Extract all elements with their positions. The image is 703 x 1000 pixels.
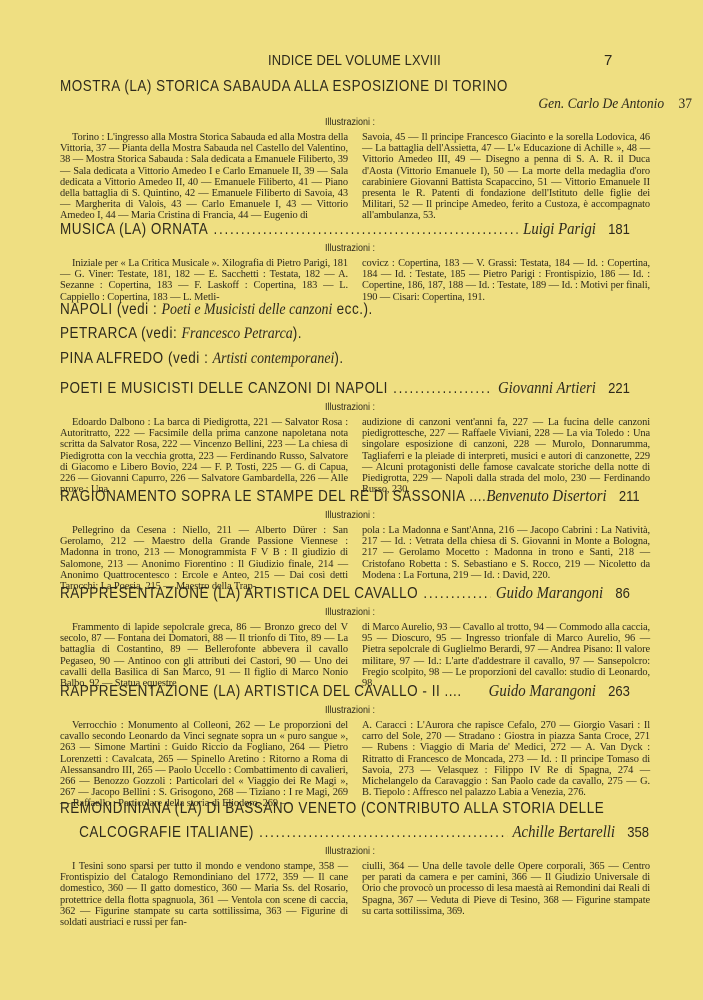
entry-title: MUSICA (LA) ORNATA [60,221,208,239]
entry-author: Guido Marangoni [496,583,603,603]
entry-heading: RAPPRESENTAZIONE (LA) ARTISTICA DEL CAVA… [60,583,630,603]
see-suffix: ). [334,350,343,367]
entry-heading: MUSICA (LA) ORNATA Luigi Parigi 181 [60,219,630,239]
entry-heading-line2: CALCOGRAFIE ITALIANE) Achille Bertarelli… [60,822,649,842]
index-entry-musica: MUSICA (LA) ORNATA Luigi Parigi 181 Illu… [60,219,630,303]
illustrations-col-left: Verrocchio : Monumento al Colleoni, 262 … [60,720,348,810]
leader-dots [213,221,517,239]
illustrations-col-left: I Tesini sono sparsi per tutto il mondo … [60,861,348,928]
entry-author: Gen. Carlo De Antonio [538,96,664,112]
illustrations-col-right: covicz : Copertina, 183 — V. Grassi: Tes… [362,258,650,303]
entry-title: RAGIONAMENTO SOPRA LE STAMPE DEL RE DI S… [60,488,486,506]
see-target-link[interactable]: Artisti contemporanei [213,350,335,367]
illustrations-label: Illustrazioni : [89,705,611,716]
leader-dots [259,824,507,842]
index-entry-mostra: MOSTRA (LA) STORICA SABAUDA ALLA ESPOSIZ… [60,78,630,222]
entry-heading: RAPPRESENTAZIONE (LA) ARTISTICA DEL CAVA… [60,681,630,701]
entry-title: RAPPRESENTAZIONE (LA) ARTISTICA DEL CAVA… [60,683,462,701]
entry-author-line: Gen. Carlo De Antonio37 [123,96,692,113]
illustrations-label: Illustrazioni : [89,846,611,857]
entry-page: 86 [615,585,630,602]
entry-heading: REMONDINIANA (LA) DI BASSANO VENETO (CON… [60,800,630,818]
index-entry-cavallo: RAPPRESENTAZIONE (LA) ARTISTICA DEL CAVA… [60,583,630,689]
illustrations-col-right: di Marco Aurelio, 93 — Cavallo al trotto… [362,622,650,689]
see-prefix: PINA ALFREDO (vedi : [60,350,213,367]
index-entry-poeti: POETI E MUSICISTI DELLE CANZONI DI NAPOL… [60,378,630,495]
illustrations-list: Iniziale per « La Critica Musicale ». Xi… [60,258,650,303]
entry-heading: MOSTRA (LA) STORICA SABAUDA ALLA ESPOSIZ… [60,78,630,96]
see-entry-petrarca: PETRARCA (vedi: Francesco Petrarca). [60,325,302,343]
see-prefix: NAPOLI (vedi : [60,301,162,318]
entry-heading: RAGIONAMENTO SOPRA LE STAMPE DEL RE DI S… [60,486,630,506]
illustrations-list: Torino : L'ingresso alla Mostra Storica … [60,132,650,222]
index-page: INDICE DEL VOLUME LXVIII 7 MOSTRA (LA) S… [0,0,703,1000]
index-entry-cavallo-ii: RAPPRESENTAZIONE (LA) ARTISTICA DEL CAVA… [60,681,630,810]
illustrations-label: Illustrazioni : [89,510,611,521]
see-suffix: ecc.). [332,301,372,318]
leader-dots [393,380,493,398]
see-entry-napoli: NAPOLI (vedi : Poeti e Musicisti delle c… [60,301,373,319]
entry-page: 358 [627,824,649,841]
illustrations-col-right: Savoia, 45 — Il principe Francesco Giaci… [362,132,650,222]
entry-author: Achille Bertarelli [512,822,615,842]
leader-dots [423,585,490,603]
entry-page: 37 [679,96,693,112]
entry-heading: POETI E MUSICISTI DELLE CANZONI DI NAPOL… [60,378,630,398]
illustrations-list: I Tesini sono sparsi per tutto il mondo … [60,861,650,928]
entry-title: MOSTRA (LA) STORICA SABAUDA ALLA ESPOSIZ… [60,78,508,96]
illustrations-list: Verrocchio : Monumento al Colleoni, 262 … [60,720,650,810]
see-entry-pina: PINA ALFREDO (vedi : Artisti contemporan… [60,350,344,368]
illustrations-col-left: Torino : L'ingresso alla Mostra Storica … [60,132,348,222]
see-target-link[interactable]: Francesco Petrarca [182,325,293,342]
entry-author: Benvenuto Disertori [486,486,606,506]
illustrations-label: Illustrazioni : [89,402,611,413]
entry-author: Luigi Parigi [523,219,596,239]
volume-title: INDICE DEL VOLUME LXVIII [268,52,441,69]
page-number: 7 [604,52,613,69]
index-entry-remondiniana: REMONDINIANA (LA) DI BASSANO VENETO (CON… [60,800,630,928]
illustrations-col-right: A. Caracci : L'Aurora che rapisce Cefalo… [362,720,650,810]
illustrations-col-left: Iniziale per « La Critica Musicale ». Xi… [60,258,348,303]
see-prefix: PETRARCA (vedi: [60,325,182,342]
illustrations-label: Illustrazioni : [89,607,611,618]
entry-author: Giovanni Artieri [498,378,596,398]
illustrations-list: Edoardo Dalbono : La barca di Piedigrott… [60,417,650,495]
see-target-link[interactable]: Poeti e Musicisti delle canzoni [162,301,333,318]
entry-title-line1: REMONDINIANA (LA) DI BASSANO VENETO (CON… [60,800,604,818]
illustrations-col-right: ciulli, 364 — Una delle tavole delle Ope… [362,861,650,928]
entry-author: Guido Marangoni [489,681,596,701]
entry-page: 181 [608,221,630,238]
illustrations-col-left: Frammento di lapide sepolcrale greca, 86… [60,622,348,689]
entry-title: RAPPRESENTAZIONE (LA) ARTISTICA DEL CAVA… [60,585,418,603]
illustrations-label: Illustrazioni : [89,117,611,128]
entry-page: 221 [608,380,630,397]
index-entry-ragionamento: RAGIONAMENTO SOPRA LE STAMPE DEL RE DI S… [60,486,630,592]
entry-page: 211 [619,488,640,505]
see-suffix: ). [293,325,302,342]
illustrations-col-left: Edoardo Dalbono : La barca di Piedigrott… [60,417,348,495]
entry-title-line2: CALCOGRAFIE ITALIANE) [79,824,254,842]
illustrations-label: Illustrazioni : [89,243,611,254]
entry-page: 263 [608,683,630,700]
illustrations-list: Frammento di lapide sepolcrale greca, 86… [60,622,650,689]
illustrations-col-right: audizione di canzoni vent'anni fa, 227 —… [362,417,650,495]
entry-title: POETI E MUSICISTI DELLE CANZONI DI NAPOL… [60,380,388,398]
